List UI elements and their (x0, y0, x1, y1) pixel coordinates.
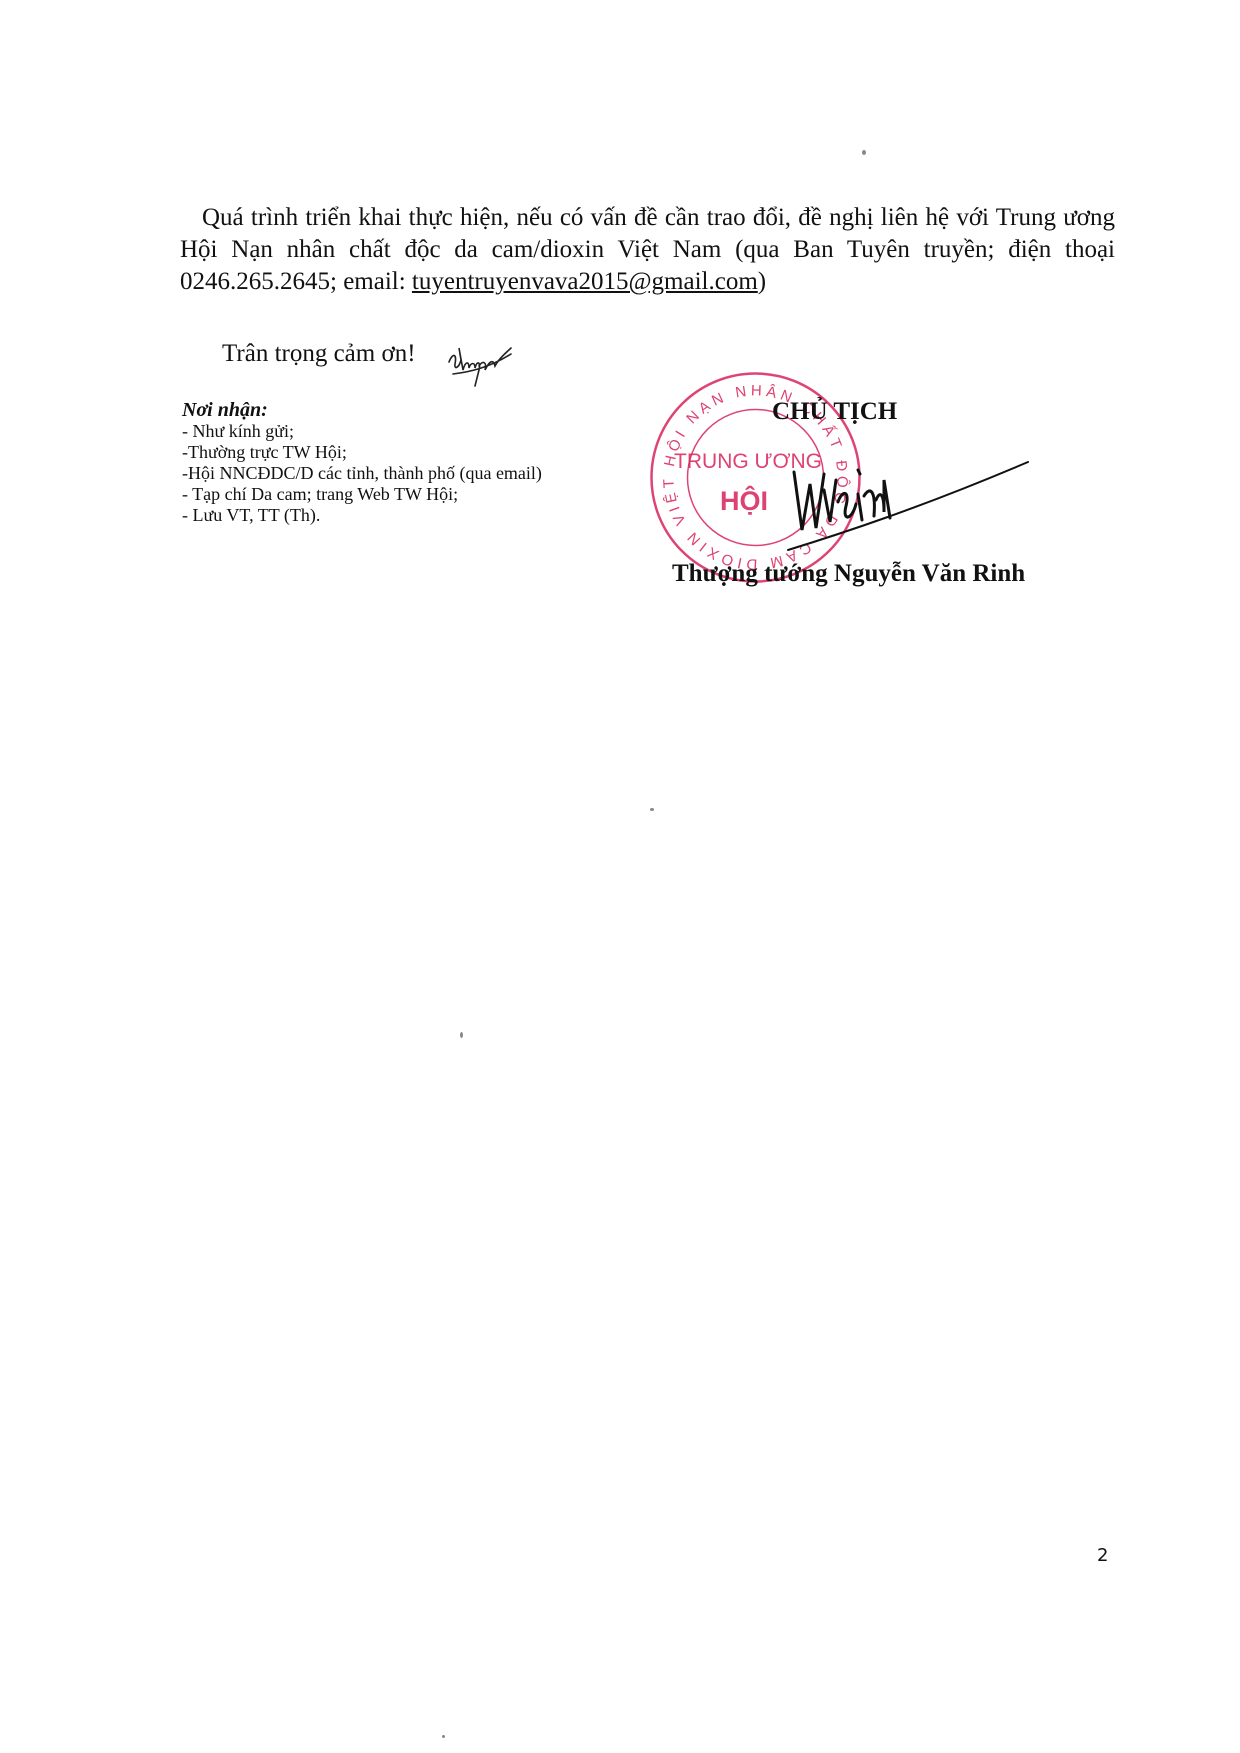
recipient-item: - Như kính gửi; (182, 421, 542, 442)
recipients-block: Nơi nhận: - Như kính gửi; -Thường trực T… (182, 400, 542, 526)
scan-speck (862, 150, 866, 155)
stamp-center-line-2: HỘI (720, 485, 768, 516)
scan-speck (442, 1735, 445, 1738)
signer-name: Thượng tướng Nguyễn Văn Rinh (672, 560, 1025, 588)
page-number: 2 (1097, 1545, 1108, 1566)
contact-text-end: ) (758, 268, 766, 295)
closing-thanks: Trân trọng cảm ơn! (222, 340, 416, 368)
recipients-title: Nơi nhận: (182, 400, 542, 421)
initials-signature-icon (445, 340, 515, 390)
scan-speck (650, 808, 654, 811)
scan-speck (460, 1032, 463, 1038)
contact-paragraph: Quá trình triển khai thực hiện, nếu có v… (180, 202, 1115, 298)
email-link[interactable]: tuyentruyenvava2015@gmail.com (412, 268, 758, 295)
handwritten-signature-icon (780, 450, 1030, 560)
recipient-item: - Lưu VT, TT (Th). (182, 505, 542, 526)
recipient-item: - Tạp chí Da cam; trang Web TW Hội; (182, 484, 542, 505)
recipient-item: -Thường trực TW Hội; (182, 442, 542, 463)
recipient-item: -Hội NNCĐDC/D các tỉnh, thành phố (qua e… (182, 463, 542, 484)
signer-position: CHỦ TỊCH (772, 398, 897, 426)
